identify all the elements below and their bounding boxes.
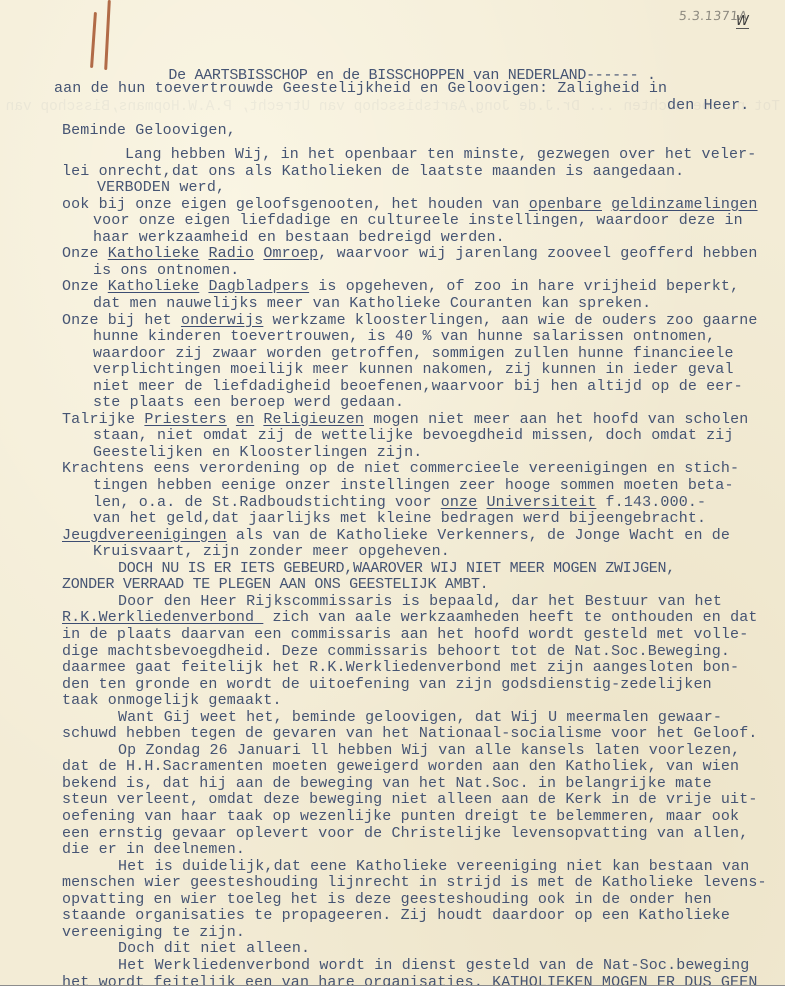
letter-line: ste plaats een beroep werd gedaan.: [93, 394, 404, 411]
line-text: tingen hebben eenige onzer instellingen …: [93, 477, 734, 494]
line-text: opvatting en wier toeleg het is deze gee…: [62, 891, 712, 908]
letter-line: Kruisvaart, zijn zonder meer opgeheven.: [93, 543, 450, 560]
letter-line: dat de H.H.Sacramenten moeten geweigerd …: [62, 758, 739, 775]
line-text: voor onze eigen liefdadige en cultureele…: [93, 212, 743, 229]
letter-line: Door den Heer Rijkscommissaris is bepaal…: [118, 593, 722, 610]
underlined-term: Dagbladpers: [208, 278, 309, 295]
letter-line: Jeugdvereenigingen als van de Katholieke…: [62, 527, 730, 544]
underlined-term: Religieuzen: [263, 411, 364, 428]
letter-title: De AARTSBISSCHOP en de BISSCHOPPEN van N…: [151, 50, 656, 84]
letter-line: lei onrecht,dat ons als Katholieken de l…: [62, 163, 684, 180]
letter-line: Op Zondag 26 Januari ll hebben Wij van a…: [118, 742, 740, 759]
line-text: Doch dit niet alleen.: [118, 940, 310, 957]
line-text: Op Zondag 26 Januari ll hebben Wij van a…: [118, 742, 740, 759]
letter-line: VERBODEN werd,: [97, 179, 225, 196]
line-text: ook bij onze eigen geloofsgenooten, het …: [62, 196, 529, 213]
letter-line: dat men nauwelijks meer van Katholieke C…: [93, 295, 651, 312]
archive-initial: W: [736, 16, 749, 29]
line-text: [602, 196, 611, 213]
letter-line: Onze Katholieke Dagbladpers is opgeheven…: [62, 278, 739, 295]
line-text: niet meer de liefdadigheid beoefenen,waa…: [93, 378, 743, 395]
line-text: Krachtens eens verordening op de niet co…: [62, 460, 739, 477]
underlined-term: Omroep: [263, 245, 318, 262]
letter-line: niet meer de liefdadigheid beoefenen,waa…: [93, 378, 743, 395]
line-text: staande organisaties te propageeren. Zij…: [62, 907, 730, 924]
line-text: daarmee gaat feitelijk het R.K.Werkliede…: [62, 659, 739, 676]
letter-line: oefening van haar taak op wezenlijke pun…: [62, 808, 739, 825]
underlined-term: Priesters: [144, 411, 226, 428]
line-text: Onze: [62, 278, 108, 295]
letter-line: Krachtens eens verordening op de niet co…: [62, 460, 739, 477]
letter-line: is ons ontnomen.: [93, 262, 239, 279]
line-text: Onze bij het: [62, 312, 181, 329]
letter-line: Onze bij het onderwijs werkzame klooster…: [62, 312, 758, 329]
letter-line: daarmee gaat feitelijk het R.K.Werkliede…: [62, 659, 739, 676]
underlined-term: geldinzamelingen: [611, 196, 757, 213]
line-text: [254, 411, 263, 428]
letter-line: DOCH NU IS ER IETS GEBEURD,WAAROVER WIJ …: [118, 560, 675, 577]
line-text: Onze: [62, 245, 108, 262]
line-text: taak onmogelijk gemaakt.: [62, 692, 282, 709]
line-text: lei onrecht,dat ons als Katholieken de l…: [62, 163, 684, 180]
letter-line: staande organisaties te propageeren. Zij…: [62, 907, 730, 924]
line-text: Het is duidelijk,dat eene Katholieke ver…: [118, 858, 749, 875]
letter-line: steun verleent, omdat deze beweging niet…: [62, 791, 758, 808]
letter-line: schuwd hebben tegen de gevaren van het N…: [62, 725, 758, 742]
letter-line: Het Werkliedenverbond wordt in dienst ge…: [118, 957, 749, 974]
line-text: bekend is, dat hij aan de beweging van h…: [62, 775, 712, 792]
underlined-term: openbare: [529, 196, 602, 213]
letter-line: van het geld,dat jaarlijks met kleine be…: [93, 510, 706, 527]
line-text: Geestelijken en Kloosterlingen zijn.: [93, 444, 422, 461]
letter-line: menschen wier geesteshouding lijnrecht i…: [62, 874, 767, 891]
line-text: Want Gij weet het, beminde geloovigen, d…: [118, 709, 722, 726]
line-text: [227, 411, 236, 428]
line-text: dige machtsbevoegdheid. Deze commissaris…: [62, 643, 730, 660]
line-text: oefening van haar taak op wezenlijke pun…: [62, 808, 739, 825]
letter-line: ZONDER VERRAAD TE PLEGEN AAN ONS GEESTEL…: [62, 576, 488, 593]
line-text: [254, 245, 263, 262]
line-text: is ons ontnomen.: [93, 262, 239, 279]
letter-line: staan, niet omdat zij de wettelijke bevo…: [93, 427, 734, 444]
letter-line: Onze Katholieke Radio Omroep, waarvoor w…: [62, 245, 758, 262]
letter-line: taak onmogelijk gemaakt.: [62, 692, 282, 709]
letter-line: Lang hebben Wij, in het openbaar ten min…: [125, 146, 756, 163]
letter-line: voor onze eigen liefdadige en cultureele…: [93, 212, 743, 229]
line-text: zich van aale werkzaamheden heeft te ont…: [263, 609, 757, 626]
letter-line: vereeniging te zijn.: [62, 924, 245, 941]
letter-line: bekend is, dat hij aan de beweging van h…: [62, 775, 712, 792]
letter-line: verplichtingen moeilijk meer kunnen nako…: [93, 361, 734, 378]
letter-line: in de plaats daarvan een commissaris aan…: [62, 626, 748, 643]
underlined-term: Katholieke: [108, 278, 200, 295]
line-text: ZONDER VERRAAD TE PLEGEN AAN ONS GEESTEL…: [62, 576, 488, 593]
line-text: Lang hebben Wij, in het openbaar ten min…: [125, 146, 756, 163]
underlined-term: Radio: [208, 245, 254, 262]
line-text: schuwd hebben tegen de gevaren van het N…: [62, 725, 758, 742]
line-text: Talrijke: [62, 411, 144, 428]
line-text: steun verleent, omdat deze beweging niet…: [62, 791, 758, 808]
letter-line: Want Gij weet het, beminde geloovigen, d…: [118, 709, 722, 726]
letter-line: tingen hebben eenige onzer instellingen …: [93, 477, 734, 494]
scan-bottom-edge: [0, 985, 785, 1000]
letter-line: waardoor zij zwaar worden getroffen, som…: [93, 345, 734, 362]
letter-line: Beminde Geloovigen,: [62, 122, 236, 139]
underlined-term: Jeugdvereenigingen: [62, 527, 227, 544]
address-line-1: aan de hun toevertrouwde Geestelijkheid …: [54, 80, 667, 97]
line-text: menschen wier geesteshouding lijnrecht i…: [62, 874, 767, 891]
letter-line: een ernstig gevaar oplevert voor de Chri…: [62, 825, 748, 842]
letter-line: ook bij onze eigen geloofsgenooten, het …: [62, 196, 758, 213]
line-text: den ten gronde en wordt de uitoefening v…: [62, 676, 712, 693]
underlined-term: onze: [441, 494, 478, 511]
line-text: ste plaats een beroep werd gedaan.: [93, 394, 404, 411]
line-text: waardoor zij zwaar worden getroffen, som…: [93, 345, 734, 362]
letter-line: die er in deelnemen.: [62, 841, 245, 858]
letter-line: opvatting en wier toeleg het is deze gee…: [62, 891, 712, 908]
letter-line: haar werkzaamheid en bestaan bedreigd we…: [93, 229, 505, 246]
line-text: len, o.a. de St.Radboudstichting voor: [93, 494, 441, 511]
line-text: Door den Heer Rijkscommissaris is bepaal…: [118, 593, 722, 610]
line-text: VERBODEN werd,: [97, 179, 225, 196]
address-line-2: den Heer.: [667, 97, 749, 114]
letter-line: Het is duidelijk,dat eene Katholieke ver…: [118, 858, 749, 875]
line-text: verplichtingen moeilijk meer kunnen nako…: [93, 361, 734, 378]
letter-line: dige machtsbevoegdheid. Deze commissaris…: [62, 643, 730, 660]
line-text: van het geld,dat jaarlijks met kleine be…: [93, 510, 706, 527]
underlined-term: onderwijs: [181, 312, 263, 329]
underlined-term: R.K.Werkliedenverbond: [62, 609, 263, 626]
line-text: Het Werkliedenverbond wordt in dienst ge…: [118, 957, 749, 974]
line-text: Beminde Geloovigen,: [62, 122, 236, 139]
line-text: staan, niet omdat zij de wettelijke bevo…: [93, 427, 734, 444]
line-text: in de plaats daarvan een commissaris aan…: [62, 626, 748, 643]
line-text: een ernstig gevaar oplevert voor de Chri…: [62, 825, 748, 842]
letter-line: den ten gronde en wordt de uitoefening v…: [62, 676, 712, 693]
line-text: [477, 494, 486, 511]
line-text: dat de H.H.Sacramenten moeten geweigerd …: [62, 758, 739, 775]
line-text: dat men nauwelijks meer van Katholieke C…: [93, 295, 651, 312]
line-text: haar werkzaamheid en bestaan bedreigd we…: [93, 229, 505, 246]
underlined-term: en: [236, 411, 254, 428]
line-text: is opgeheven, of zoo in hare vrijheid be…: [309, 278, 739, 295]
line-text: die er in deelnemen.: [62, 841, 245, 858]
line-text: als van de Katholieke Verkenners, de Jon…: [227, 527, 730, 544]
line-text: mogen niet meer aan het hoofd van schole…: [364, 411, 748, 428]
line-text: vereeniging te zijn.: [62, 924, 245, 941]
letter-line: Geestelijken en Kloosterlingen zijn.: [93, 444, 422, 461]
line-text: f.143.000.-: [596, 494, 706, 511]
letter-line: Talrijke Priesters en Religieuzen mogen …: [62, 411, 748, 428]
letter-line: hunne kinderen toevertrouwen, is 40 % va…: [93, 328, 715, 345]
underlined-term: Universiteit: [487, 494, 597, 511]
line-text: hunne kinderen toevertrouwen, is 40 % va…: [93, 328, 715, 345]
line-text: , waarvoor wij jarenlang zooveel geoffer…: [318, 245, 757, 262]
letter-line: R.K.Werkliedenverbond zich van aale werk…: [62, 609, 758, 626]
line-text: DOCH NU IS ER IETS GEBEURD,WAAROVER WIJ …: [118, 560, 675, 577]
letter-line: Doch dit niet alleen.: [118, 940, 310, 957]
line-text: werkzame kloosterlingen, aan wie de oude…: [263, 312, 757, 329]
underlined-term: Katholieke: [108, 245, 200, 262]
letter-line: len, o.a. de St.Radboudstichting voor on…: [93, 494, 706, 511]
line-text: Kruisvaart, zijn zonder meer opgeheven.: [93, 543, 450, 560]
